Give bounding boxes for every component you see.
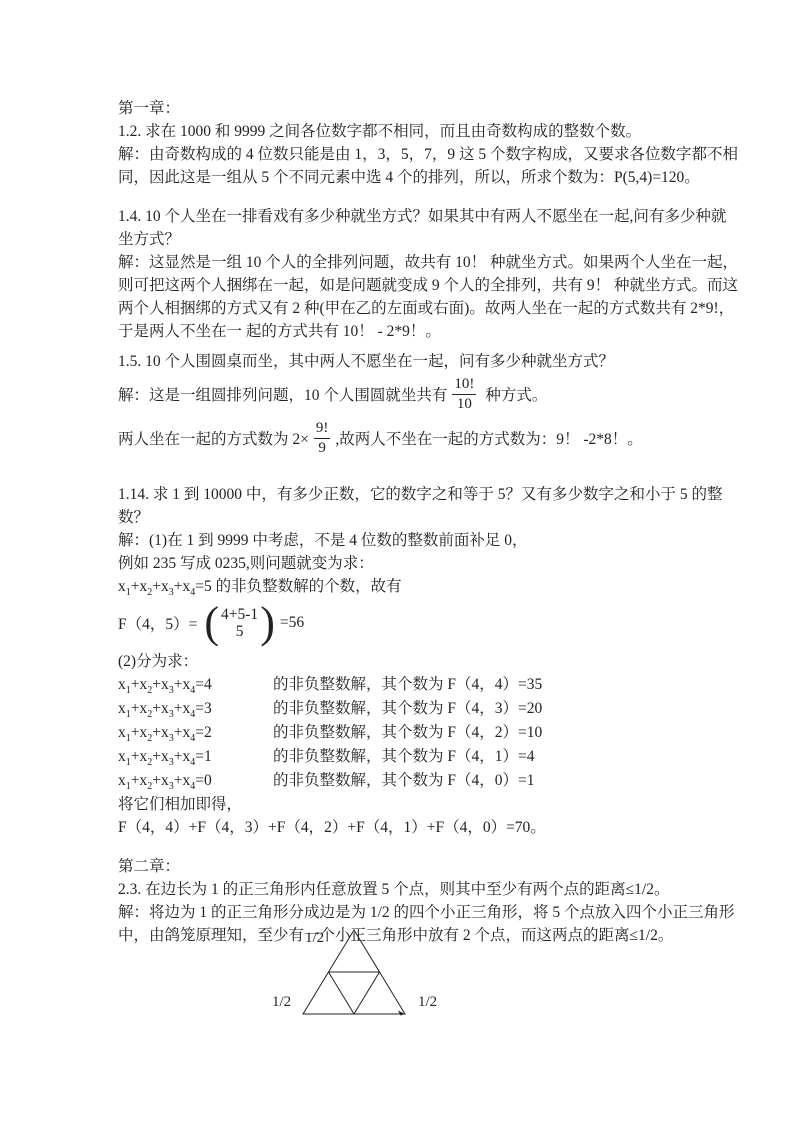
problem-1-14: 1.14. 求 1 到 10000 中，有多少正数，它的数字之和等于 5？又有多… xyxy=(118,483,718,839)
equation-row: x1+x2+x3+x4=0的非负整数解，其个数为 F（4，0）=1 xyxy=(118,769,718,793)
binomial-stack: 4+5-1 5 xyxy=(221,606,258,640)
answer-text: ,故两人不坐在一起的方式数为：9！ -2*8！。 xyxy=(335,427,642,449)
problem-1-14-answer-line: 例如 235 写成 0235,则问题就变为求： xyxy=(118,552,718,575)
close-paren: ) xyxy=(260,603,275,643)
equation-description: 的非负整数解，其个数为 F（4，4）=35 xyxy=(273,673,542,697)
binomial-formula: F（4，5）= ( 4+5-1 5 ) =56 xyxy=(118,600,718,646)
equation-row: x1+x2+x3+x4=4的非负整数解，其个数为 F（4，4）=35 xyxy=(118,673,718,697)
problem-1-4-answer-line: 两个人相捆绑的方式又有 2 种(甲在乙的左面或右面)。故两人坐在一起的方式数共有… xyxy=(118,297,718,320)
triangle-diagram: 1/2 1/2 1/2 xyxy=(255,920,495,1050)
fraction-denominator: 9 xyxy=(318,439,326,456)
equation: x1+x2+x3+x4=4 xyxy=(118,673,273,697)
document-page: 第一章： 1.2. 求在 1000 和 9999 之间各位数字都不相同，而且由奇… xyxy=(0,0,793,1122)
problem-1-5-answer-line: 两人坐在一起的方式数为 2× 9! 9 ,故两人不坐在一起的方式数为：9！ -2… xyxy=(118,415,718,461)
fraction-numerator: 10! xyxy=(452,377,476,395)
fraction-denominator: 10 xyxy=(457,395,472,412)
problem-1-4-question-line: 坐方式？ xyxy=(118,228,718,251)
answer-text: 两人坐在一起的方式数为 2× xyxy=(118,427,309,449)
answer-text: 种方式。 xyxy=(485,383,547,405)
problem-1-2: 1.2. 求在 1000 和 9999 之间各位数字都不相同，而且由奇数构成的整… xyxy=(118,120,718,189)
chapter1-heading: 第一章： xyxy=(118,97,718,120)
fraction: 10! 10 xyxy=(452,377,476,412)
equation: x1+x2+x3+x4=1 xyxy=(118,745,273,769)
equation-row: x1+x2+x3+x4=2的非负整数解，其个数为 F（4，2）=10 xyxy=(118,721,718,745)
problem-1-5: 1.5. 10 个人围圆桌而坐，其中两人不愿坐在一起，问有多少种就坐方式？ 解：… xyxy=(118,350,718,461)
equation-description: 的非负整数解，其个数为 F（4，3）=20 xyxy=(273,697,542,721)
problem-1-4-question-line: 1.4. 10 个人坐在一排看戏有多少种就坐方式？如果其中有两人不愿坐在一起,问… xyxy=(118,205,718,228)
equation: x1+x2+x3+x4=3 xyxy=(118,697,273,721)
problem-1-4-answer-line: 于是两人不坐在一 起的方式共有 10！ - 2*9！。 xyxy=(118,320,718,343)
equation-line: x1+x2+x3+x4=5 的非负整数解的个数，故有 xyxy=(118,575,718,598)
open-paren: ( xyxy=(204,603,219,643)
problem-1-14-question-line: 数？ xyxy=(118,506,718,529)
equation-description: 的非负整数解，其个数为 F（4，0）=1 xyxy=(273,769,535,793)
problem-1-2-answer-line: 同，因此这是一组从 5 个不同元素中选 4 个的排列，所以，所求个数为：P(5,… xyxy=(118,166,718,189)
sum-intro: 将它们相加即得， xyxy=(118,793,718,816)
triangle-svg xyxy=(270,926,450,1022)
solution-rows: x1+x2+x3+x4=4的非负整数解，其个数为 F（4，4）=35x1+x2+… xyxy=(118,673,718,793)
problem-1-2-question: 1.2. 求在 1000 和 9999 之间各位数字都不相同，而且由奇数构成的整… xyxy=(118,120,718,143)
problem-1-4-answer-line: 则可把这两个人捆绑在一起，如是问题就变成 9 个人的全排列，共有 9！ 种就坐方… xyxy=(118,274,718,297)
equation-description: 的非负整数解，其个数为 F（4，1）=4 xyxy=(273,745,535,769)
equation-row: x1+x2+x3+x4=1的非负整数解，其个数为 F（4，1）=4 xyxy=(118,745,718,769)
fraction: 9! 9 xyxy=(314,421,331,456)
chapter2-heading: 第二章： xyxy=(118,855,718,878)
equation: x1+x2+x3+x4=2 xyxy=(118,721,273,745)
equation-description: 的非负整数解，其个数为 F（4，2）=10 xyxy=(273,721,542,745)
problem-1-2-answer-line: 解：由奇数构成的 4 位数只能是由 1，3，5，7，9 这 5 个数字构成，又要… xyxy=(118,143,718,166)
problem-1-5-answer-line: 解：这是一组圆排列问题，10 个人围圆就坐共有 10! 10 种方式。 xyxy=(118,373,718,415)
formula-lhs: F（4，5）= xyxy=(118,612,197,634)
equation: x1+x2+x3+x4=0 xyxy=(118,769,273,793)
document-content: 第一章： 1.2. 求在 1000 和 9999 之间各位数字都不相同，而且由奇… xyxy=(118,97,718,947)
part2-label: (2)分为求： xyxy=(118,650,718,673)
equation-row: x1+x2+x3+x4=3的非负整数解，其个数为 F（4，3）=20 xyxy=(118,697,718,721)
problem-1-5-question: 1.5. 10 个人围圆桌而坐，其中两人不愿坐在一起，问有多少种就坐方式？ xyxy=(118,350,718,373)
sum-line: F（4，4）+F（4，3）+F（4，2）+F（4，1）+F（4，0）=70。 xyxy=(118,816,718,839)
formula-rhs: =56 xyxy=(280,614,304,632)
binomial-top: 4+5-1 xyxy=(221,606,258,623)
fraction-numerator: 9! xyxy=(314,421,331,439)
problem-1-4: 1.4. 10 个人坐在一排看戏有多少种就坐方式？如果其中有两人不愿坐在一起,问… xyxy=(118,205,718,343)
answer-text: 解：这是一组圆排列问题，10 个人围圆就坐共有 xyxy=(118,383,447,405)
problem-1-14-question-line: 1.14. 求 1 到 10000 中，有多少正数，它的数字之和等于 5？又有多… xyxy=(118,483,718,506)
problem-1-14-answer-line: 解：(1)在 1 到 9999 中考虑，不是 4 位数的整数前面补足 0， xyxy=(118,529,718,552)
problem-1-4-answer-line: 解：这显然是一组 10 个人的全排列问题，故共有 10！ 种就坐方式。如果两个人… xyxy=(118,251,718,274)
problem-2-3-question: 2.3. 在边长为 1 的正三角形内任意放置 5 个点，则其中至少有两个点的距离… xyxy=(118,878,718,901)
binomial-bottom: 5 xyxy=(236,623,244,640)
